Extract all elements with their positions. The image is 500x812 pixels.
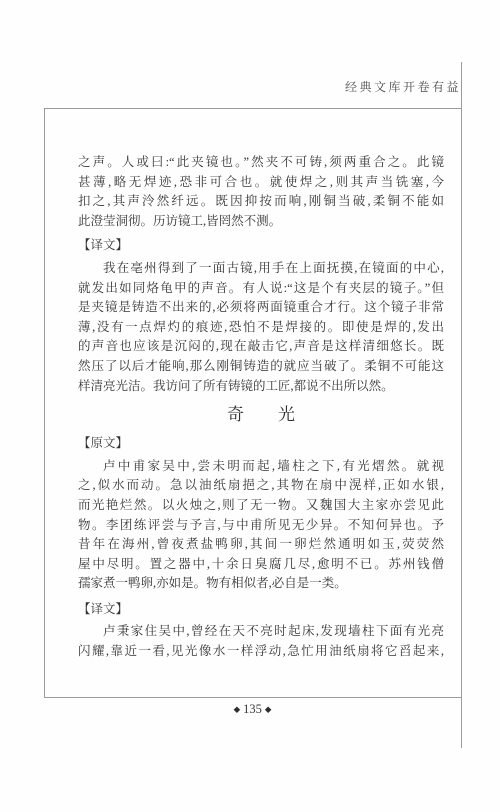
content-frame: 之声。人或曰:“此夹镜也。”然夹不可铸,须两重合之。此镜甚薄,略无焊迹,恐非可合… [44, 108, 461, 698]
text-column: 之声。人或曰:“此夹镜也。”然夹不可铸,须两重合之。此镜甚薄,略无焊迹,恐非可合… [45, 109, 461, 662]
paragraph-mirror-original-continuation: 之声。人或曰:“此夹镜也。”然夹不可铸,须两重合之。此镜甚薄,略无焊迹,恐非可合… [78, 153, 444, 231]
section-label-translation-2: 【译文】 [78, 600, 444, 620]
text-line: 昔年在海州,曾夜煮盐鸭卵,其间一卵烂然通明如玉,荧荧然 [78, 535, 444, 555]
chapter-title: 奇 光 [78, 402, 444, 428]
running-head: 经典文库开卷有益 [345, 78, 461, 95]
right-margin-rule [461, 62, 462, 748]
text-line: 薄,没有一点焊灼的痕迹,恐怕不是焊接的。即使是焊的,发出 [78, 318, 444, 338]
footer-diamond-right-icon: ◆ [265, 704, 272, 714]
book-page: 经典文库开卷有益 之声。人或曰:“此夹镜也。”然夹不可铸,须两重合之。此镜甚薄,… [0, 0, 500, 812]
text-line: 孺家煮一鸭卵,亦如是。物有相似者,必自是一类。 [78, 574, 444, 594]
page-number: 135 [243, 702, 262, 716]
section-label-translation-1: 【译文】 [78, 236, 444, 256]
text-line: 之声。人或曰:“此夹镜也。”然夹不可铸,须两重合之。此镜 [78, 153, 444, 173]
text-line: 之,似水而动。急以油纸扇挹之,其物在扇中滉样,正如水银, [78, 476, 444, 496]
text-line: 卢中甫家吴中,尝未明而起,墙柱之下,有光熠然。就视 [78, 457, 444, 477]
text-line: 是夹镜是铸造不出来的,必须将两面镜重合才行。这个镜子非常 [78, 298, 444, 318]
footer: ◆135◆ [44, 702, 461, 717]
text-line: 就发出如同烙龟甲的声音。有人说:“这是个有夹层的镜子。”但 [78, 279, 444, 299]
text-line: 卢秉家住吴中,曾经在天不亮时起床,发现墙柱下面有光亮 [78, 622, 444, 642]
text-line: 我在亳州得到了一面古镜,用手在上面抚摸,在镜面的中心, [78, 259, 444, 279]
text-line: 样清亮光洁。我访问了所有铸镜的工匠,都说不出所以然。 [78, 377, 444, 397]
text-line: 然压了以后才能响,那么刚铜铸造的就应当破了。柔铜不可能这 [78, 357, 444, 377]
text-line: 的声音也应该是沉闷的,现在敲击它,声音是这样清细悠长。既 [78, 337, 444, 357]
text-line: 扣之,其声泠然纤远。既因抑按而响,刚铜当破,柔铜不能如 [78, 192, 444, 212]
text-line: 物。李团练评尝与予言,与中甫所见无少异。不知何异也。予 [78, 516, 444, 536]
section-label-original: 【原文】 [78, 434, 444, 454]
paragraph-qiguang-original: 卢中甫家吴中,尝未明而起,墙柱之下,有光熠然。就视之,似水而动。急以油纸扇挹之,… [78, 457, 444, 594]
text-line: 此澄莹洞彻。历访镜工,皆罔然不测。 [78, 212, 444, 232]
text-line: 闪耀,靠近一看,见光像水一样浮动,急忙用油纸扇将它舀起来, [78, 642, 444, 662]
text-line: 甚薄,略无焊迹,恐非可合也。就使焊之,则其声当铣塞,今 [78, 173, 444, 193]
text-line: 而光艳烂然。以火烛之,则了无一物。又魏国大主家亦尝见此 [78, 496, 444, 516]
paragraph-mirror-translation: 我在亳州得到了一面古镜,用手在上面抚摸,在镜面的中心,就发出如同烙龟甲的声音。有… [78, 259, 444, 396]
paragraph-qiguang-translation: 卢秉家住吴中,曾经在天不亮时起床,发现墙柱下面有光亮闪耀,靠近一看,见光像水一样… [78, 622, 444, 661]
footer-diamond-left-icon: ◆ [234, 704, 241, 714]
text-line: 屋中尽明。置之器中,十余日臭腐几尽,愈明不已。苏州钱僧 [78, 555, 444, 575]
